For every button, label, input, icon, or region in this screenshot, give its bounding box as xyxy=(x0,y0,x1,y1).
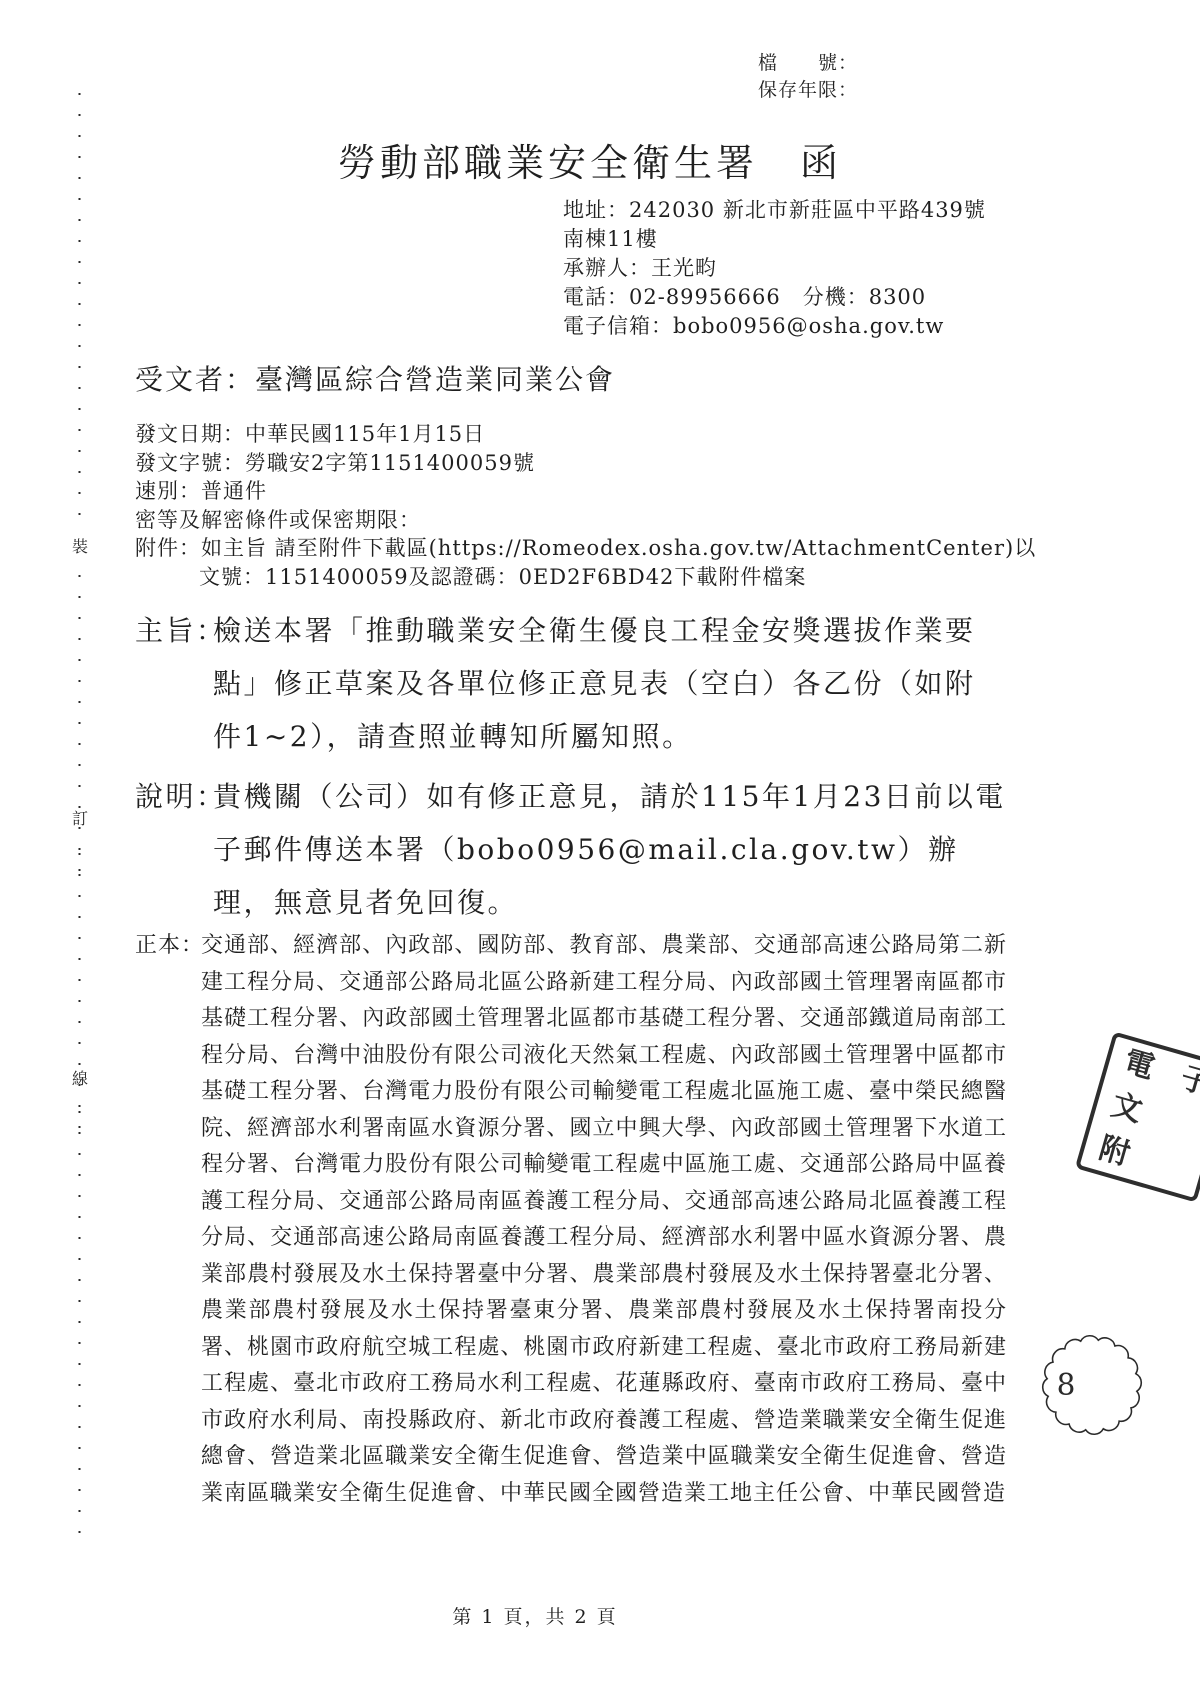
binding-mark-xian: 線 xyxy=(72,1066,88,1089)
electronic-exchange-stamp: 電 子 文 附 xyxy=(1075,1031,1200,1202)
file-number-label: 檔 號： xyxy=(758,50,858,77)
attachment-note-line1: 附件：如主旨 請至附件下載區(https://Romeodex.osha.gov… xyxy=(135,534,1036,563)
sender-email: 電子信箱：bobo0956@osha.gov.tw xyxy=(563,312,986,341)
sender-phone: 電話：02-89956666 分機：8300 xyxy=(563,283,986,312)
attachment-note-line2: 文號：1151400059及認證碼：0ED2F6BD42下載附件檔案 xyxy=(135,563,1036,592)
delivery-speed: 速別：普通件 xyxy=(135,477,1036,506)
sender-address-line1: 地址：242030 新北市新莊區中平路439號 xyxy=(563,196,986,225)
page-footer: 第 1 頁，共 2 頁 xyxy=(135,1602,935,1629)
copy-to-label: 正本： xyxy=(135,928,204,965)
sender-info-block: 地址：242030 新北市新莊區中平路439號 南棟11樓 承辦人：王光畇 電話… xyxy=(563,196,986,341)
binding-dots xyxy=(78,84,81,524)
document-meta-block: 發文日期：中華民國115年1月15日 發文字號：勞職安2字第1151400059… xyxy=(135,420,1036,592)
stamp-char: 文 xyxy=(1108,1090,1145,1127)
description-clause: 說明： 貴機關（公司）如有修正意見，請於115年1月23日前以電子郵件傳送本署（… xyxy=(135,770,1013,929)
document-title: 勞動部職業安全衛生署 函 xyxy=(140,132,1040,187)
recipient-line: 受文者：臺灣區綜合營造業同業公會 xyxy=(135,358,615,398)
retention-period-label: 保存年限： xyxy=(758,77,858,104)
copy-to-block: 正本： 交通部、經濟部、內政部、國防部、教育部、農業部、交通部高速公路局第二新建… xyxy=(135,928,1007,1512)
page-seal: 8 xyxy=(1032,1326,1152,1444)
issue-date: 發文日期：中華民國115年1月15日 xyxy=(135,420,1036,449)
document-page: 裝 訂 線 檔 號： 保存年限： 勞動部職業安全衛生署 函 地址：242030 … xyxy=(0,0,1200,1696)
stamp-char: 子 xyxy=(1177,1064,1200,1101)
binding-dots xyxy=(78,844,81,1139)
file-number-block: 檔 號： 保存年限： xyxy=(758,50,858,104)
binding-margin: 裝 訂 線 xyxy=(72,84,88,1540)
sender-address-line2: 南棟11樓 xyxy=(563,225,986,254)
copy-to-text: 交通部、經濟部、內政部、國防部、教育部、農業部、交通部高速公路局第二新建工程分局… xyxy=(201,928,1007,1512)
document-number: 發文字號：勞職安2字第1151400059號 xyxy=(135,449,1036,478)
binding-dots xyxy=(78,1102,81,1540)
description-label: 說明： xyxy=(135,770,227,823)
binding-mark-zhuang: 裝 xyxy=(72,534,88,557)
seal-page-number: 8 xyxy=(1057,1368,1076,1402)
sender-contact-person: 承辦人：王光畇 xyxy=(563,254,986,283)
security-classification: 密等及解密條件或保密期限： xyxy=(135,506,1036,535)
subject-text: 檢送本署「推動職業安全衛生優良工程金安獎選拔作業要點」修正草案及各單位修正意見表… xyxy=(213,604,995,763)
binding-dots xyxy=(78,566,81,884)
binding-mark-ding: 訂 xyxy=(72,806,88,829)
subject-clause: 主旨： 檢送本署「推動職業安全衛生優良工程金安獎選拔作業要點」修正草案及各單位修… xyxy=(135,604,995,763)
stamp-char: 附 xyxy=(1096,1133,1133,1170)
subject-label: 主旨： xyxy=(135,604,227,657)
flower-seal-icon: 8 xyxy=(1032,1326,1152,1444)
description-text: 貴機關（公司）如有修正意見，請於115年1月23日前以電子郵件傳送本署（bobo… xyxy=(213,770,1013,929)
stamp-char: 電 xyxy=(1120,1047,1157,1084)
